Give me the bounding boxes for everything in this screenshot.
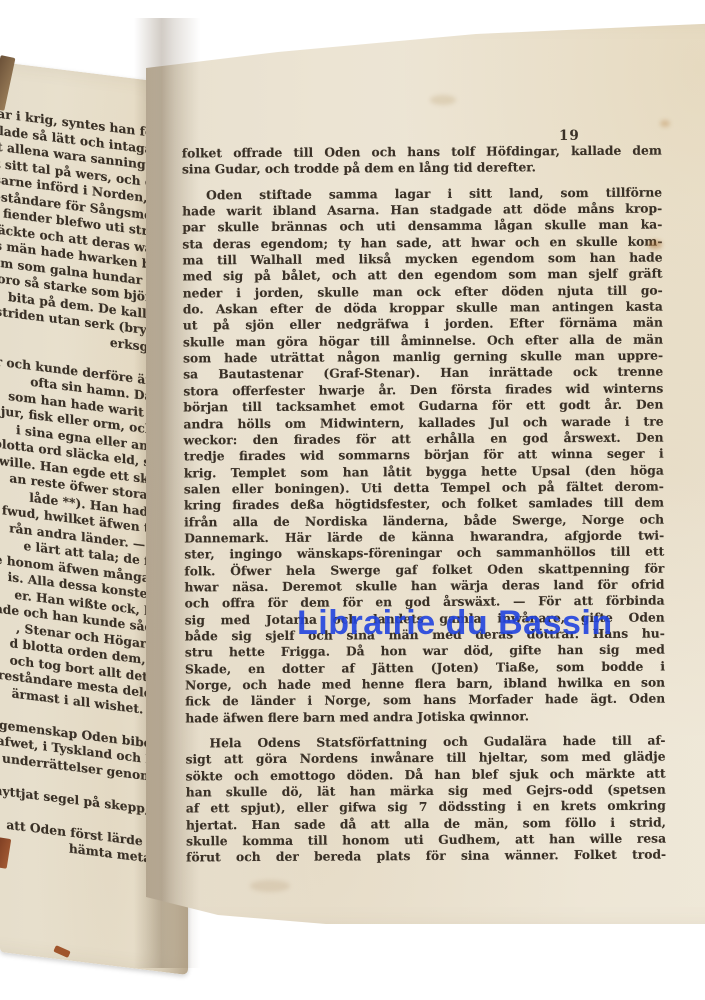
text-line: förut och der bereda plats för sina wänn… bbox=[186, 847, 666, 866]
page-number: 19 bbox=[559, 128, 580, 144]
text-line: hade äfwen flere barn med andra Jotiska … bbox=[185, 707, 665, 726]
text-line: fick de länder i Norge, som hans Morfade… bbox=[185, 691, 665, 710]
right-page: 19 folket offrade till Oden och hans tol… bbox=[146, 22, 705, 924]
text-line: sina Gudar, och trodde på dem en lång ti… bbox=[182, 159, 662, 178]
right-page-text: folket offrade till Oden och hans tolf H… bbox=[182, 143, 666, 867]
book-photo: ar i krig, syntes han förfä-lade så lätt… bbox=[0, 0, 705, 1000]
text-line: folket offrade till Oden och hans tolf H… bbox=[182, 143, 662, 162]
